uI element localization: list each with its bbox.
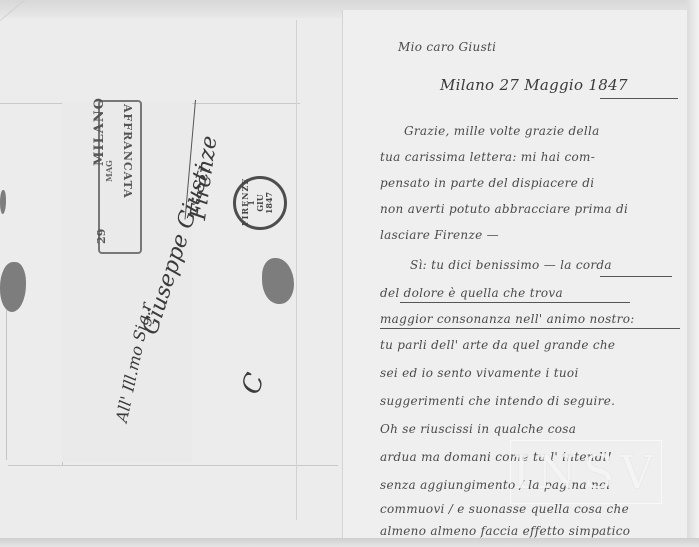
postmark-day: 29	[95, 229, 108, 244]
letter-line: non averti potuto abbracciare prima di	[380, 202, 628, 216]
text-underline	[600, 276, 672, 277]
letter-line: tua carissima lettera: mi hai com-	[380, 150, 595, 164]
letter-place-date: Milano 27 Maggio 1847	[440, 76, 628, 94]
insv-watermark: INSV	[510, 440, 662, 504]
letter-line: tu parli dell' arte da quel grande che	[380, 338, 615, 352]
round-postmark-year: 1847	[265, 192, 274, 214]
date-underline	[600, 98, 678, 99]
text-underline	[400, 302, 630, 303]
letter-line: suggerimenti che intendo di seguire.	[380, 394, 615, 408]
letter-line: Grazie, mille volte grazie della	[404, 124, 600, 138]
letter-salutation: Mio caro Giusti	[398, 40, 496, 54]
document-scan: AFFRANCATA MILANO MAG 29 1 GIU 1847 FIRE…	[0, 0, 699, 547]
letter-line: maggior consonanza nell' animo nostro:	[380, 312, 635, 326]
letter-line: commuovi / e suonasse quella cosa che	[380, 502, 629, 516]
fold-line	[8, 465, 338, 466]
text-underline	[380, 328, 680, 329]
postmark-month: MAG	[104, 160, 114, 182]
letter-line: Sì: tu dici benissimo — la corda	[410, 258, 612, 272]
letter-line: lasciare Firenze —	[380, 228, 499, 242]
page-edge	[687, 0, 699, 547]
fold-line	[296, 20, 297, 520]
letter-line: almeno almeno faccia effetto simpatico	[380, 524, 630, 538]
postmark-city: MILANO	[92, 97, 107, 166]
page-bottom-edge	[0, 538, 699, 547]
fold-line	[6, 310, 7, 460]
letter-line: pensato in parte del dispiacere di	[380, 176, 594, 190]
postal-box-stamp-text: AFFRANCATA	[121, 104, 134, 199]
round-postmark-city: FIRENZE	[240, 178, 250, 226]
letter-line: del dolore è quella che trova	[380, 286, 563, 300]
letter-line: sei ed io sento vivamente i tuoi	[380, 366, 579, 380]
letter-line: Oh se riuscissi in qualche cosa	[380, 422, 576, 436]
